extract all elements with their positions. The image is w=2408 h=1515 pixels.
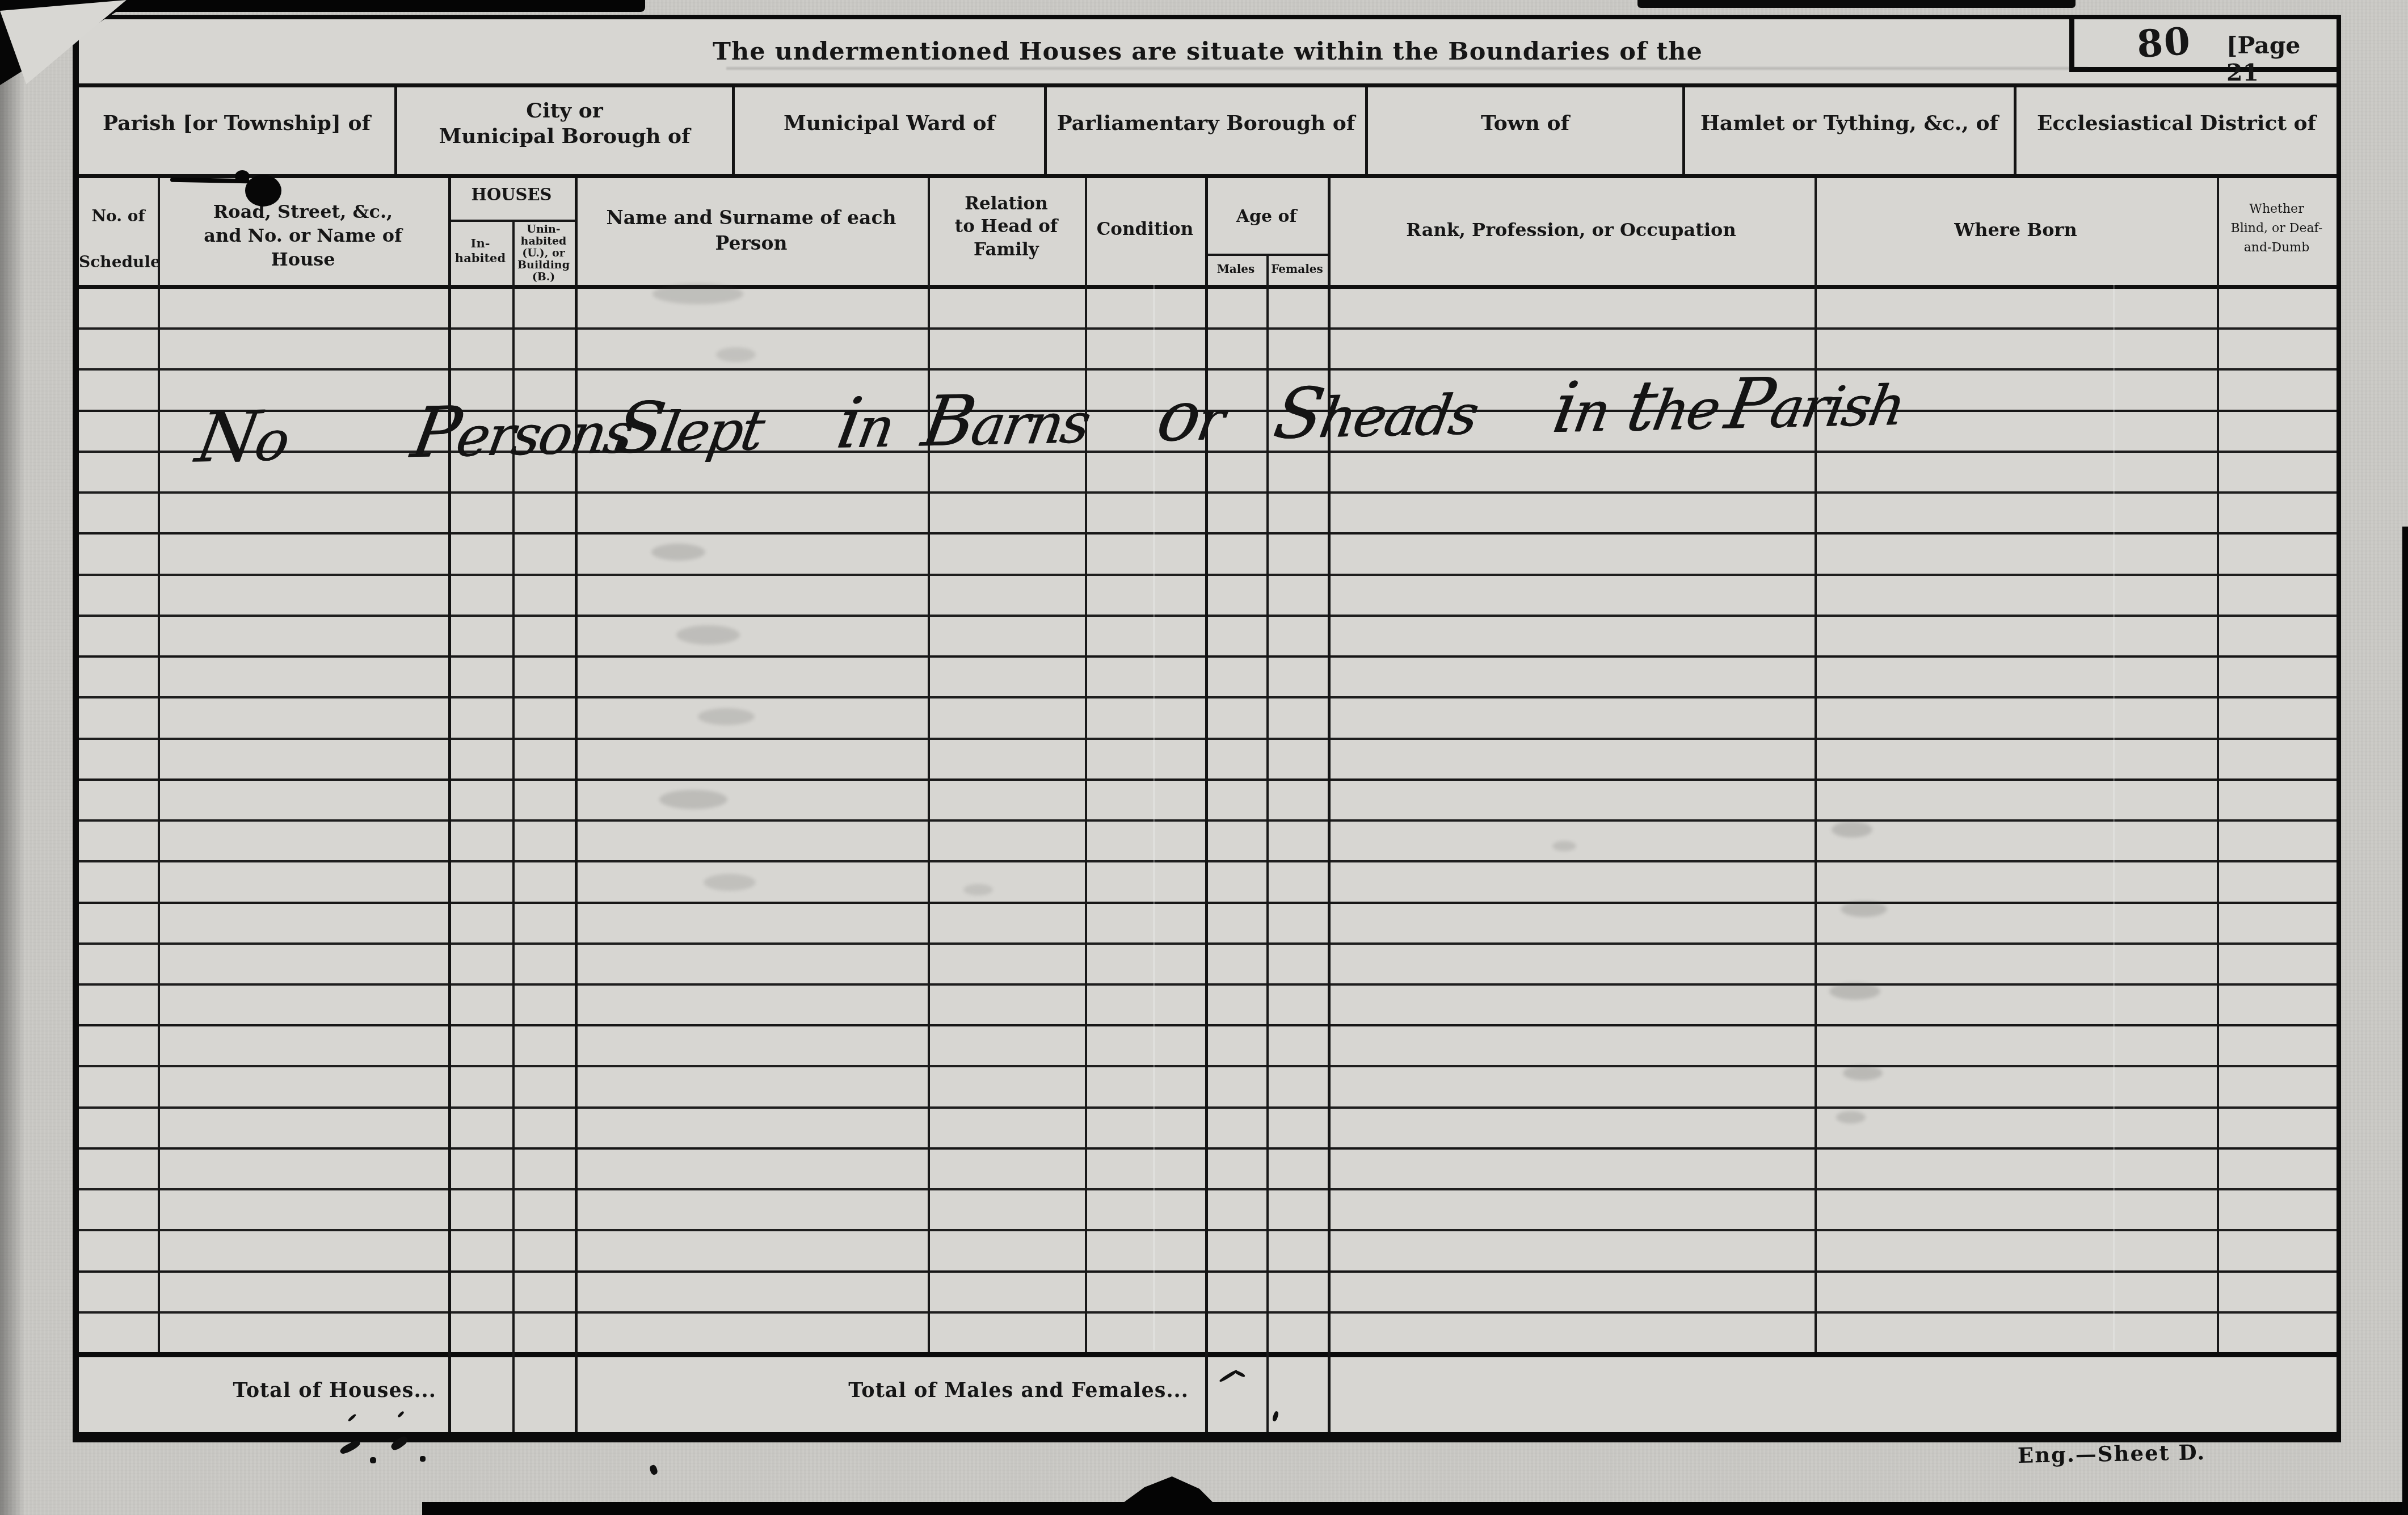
pencil-smudge <box>963 884 993 895</box>
col-where-born-header: Where Born <box>1815 219 2217 241</box>
handwritten-word: or <box>1151 375 1230 457</box>
scan-edge-band <box>1106 1476 1226 1515</box>
stray-mark <box>420 1456 426 1462</box>
header-hamlet: Hamlet or Tything, &c., of <box>1685 87 2017 174</box>
col-females-header: Females <box>1266 262 1328 276</box>
pencil-smudge <box>651 544 705 561</box>
scan-edge-band <box>422 1502 2408 1515</box>
handwritten-word: in <box>832 382 900 464</box>
form-title: The undermentioned Houses are situate wi… <box>79 37 2337 66</box>
scan-edge-band <box>52 0 645 12</box>
col-name-header: Name and Surname of each Person <box>575 205 928 256</box>
pencil-smudge <box>1841 901 1887 917</box>
grid-line <box>928 178 930 1352</box>
ink-blot <box>245 175 281 207</box>
handwritten-tick <box>1234 1370 1245 1378</box>
scan-streak <box>726 67 2088 70</box>
header-ecclesiastical-district: Ecclesiastical District of <box>2017 87 2337 174</box>
header-town: Town of <box>1368 87 1685 174</box>
handwritten-word: No <box>191 395 295 478</box>
scan-edge-shadow <box>0 0 25 1515</box>
handwritten-word: Barns <box>917 378 1096 462</box>
pencil-smudge <box>716 347 756 362</box>
scanned-census-sheet: The undermentioned Houses are situate wi… <box>0 0 2408 1515</box>
rule-under-location-band <box>79 174 2337 178</box>
grid-line <box>2217 178 2219 1352</box>
col-age-group-header: Age of <box>1205 207 1328 226</box>
page-number-box: 80 [Page 21 <box>2069 19 2337 72</box>
col-rank-header: Rank, Profession, or Occupation <box>1328 219 1815 241</box>
sheet-designation: Eng.—Sheet D. <box>2018 1440 2206 1468</box>
handwritten-word: Sheads <box>1268 369 1484 455</box>
page-label: [Page 21 <box>2226 32 2337 86</box>
handwritten-word: in <box>1547 367 1615 449</box>
pencil-smudge <box>704 874 756 891</box>
pencil-smudge <box>659 790 727 809</box>
handwritten-word: Persons <box>406 388 639 473</box>
handwritten-word: Parish <box>1720 360 1910 444</box>
stray-mark <box>370 1457 376 1463</box>
col-relation-header: Relation to Head of Family <box>928 192 1085 261</box>
header-parliamentary-borough: Parliamentary Borough of <box>1047 87 1368 174</box>
pencil-smudge <box>676 625 740 645</box>
pencil-smudge <box>1829 983 1880 1000</box>
col-condition-header: Condition <box>1085 219 1205 239</box>
title-band: The undermentioned Houses are situate wi… <box>79 19 2337 83</box>
col-road-header: Road, Street, &c., and No. or Name of Ho… <box>158 200 448 272</box>
col-blind-header: Whether Blind, or Deaf- and-Dumb <box>2217 200 2337 258</box>
stray-mark <box>649 1465 659 1476</box>
scan-streak <box>2113 284 2115 1350</box>
header-city-borough: City or Municipal Borough of <box>397 87 735 174</box>
pencil-smudge <box>652 284 743 304</box>
grid-line <box>158 178 160 1352</box>
handwritten-word: the <box>1621 364 1725 447</box>
pencil-smudge <box>1836 1111 1866 1123</box>
col-houses-group-header: HOUSES <box>448 185 575 204</box>
pencil-smudge <box>698 708 755 725</box>
location-header-band: Parish [or Township] of City or Municipa… <box>79 87 2337 174</box>
header-parish: Parish [or Township] of <box>79 87 397 174</box>
grid-line <box>1085 178 1087 1352</box>
pencil-smudge <box>1843 1066 1883 1080</box>
total-houses-label: Total of Houses... <box>79 1379 436 1402</box>
col-uninhabited-header: Unin- habited (U.), or Building (B.) <box>512 224 575 283</box>
rule-under-title <box>79 83 2337 87</box>
scan-edge-band <box>2402 527 2408 1515</box>
col-inhabited-header: In- habited <box>448 236 512 266</box>
scan-edge-band <box>1637 0 2076 8</box>
grid-line <box>448 178 451 1432</box>
grid-line <box>575 178 578 1432</box>
handwritten-word: Slept <box>609 385 770 469</box>
houses-underline <box>448 220 575 222</box>
census-form: The undermentioned Houses are situate wi… <box>73 15 2341 1442</box>
col-males-header: Males <box>1205 262 1266 276</box>
total-males-females-label: Total of Males and Females... <box>575 1379 1189 1402</box>
pencil-smudge <box>1552 841 1576 851</box>
pencil-smudge <box>1832 822 1872 838</box>
header-municipal-ward: Municipal Ward of <box>735 87 1047 174</box>
col-schedule-header: No. of Schedule <box>79 207 158 271</box>
handwritten-tick <box>1272 1411 1279 1422</box>
folio-number: 80 <box>2135 19 2192 66</box>
